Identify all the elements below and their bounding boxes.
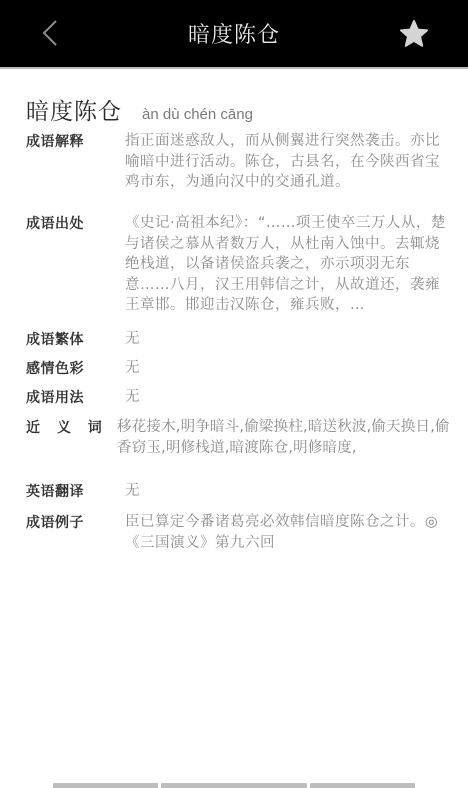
field-label: 成语例子 (26, 512, 84, 532)
field-label: 感情色彩 (26, 358, 84, 378)
bottom-tab-1[interactable] (53, 783, 158, 788)
field-value: 《史记·高祖本纪》：“……项王使卒三万人从，楚与诸侯之慕从者数万人，从杜南入蚀中… (125, 213, 450, 316)
top-nav-bar: 暗度陈仓 (0, 0, 468, 69)
star-icon (398, 19, 430, 49)
field-value: 臣已算定今番诸葛亮必效韩信暗度陈仓之计。◎《三国演义》第九六回 (125, 512, 450, 553)
bottom-tab-bar (0, 783, 468, 788)
field-label: 成语出处 (26, 213, 84, 233)
field-value: 移花接木,明争暗斗,偷梁换柱,暗送秋波,偷天换日,偷香窃玉,明修栈道,暗渡陈仓,… (117, 417, 452, 458)
field-label: 成语解释 (26, 131, 84, 151)
field-value: 无 (125, 387, 450, 408)
field-value: 无 (125, 481, 450, 502)
field-value: 指正面迷惑敌人，而从侧翼进行突然袭击。亦比喻暗中进行活动。陈仓，古县名，在今陕西… (125, 131, 450, 193)
bottom-tab-3[interactable] (310, 783, 415, 788)
field-label: 成语用法 (26, 387, 84, 407)
favorite-button[interactable] (398, 19, 430, 49)
field-value: 无 (125, 358, 450, 379)
idiom-word: 暗度陈仓 (26, 93, 122, 126)
idiom-detail-screen: 暗度陈仓 暗度陈仓 àn dù chén cāng 成语解释 指正面迷惑敌人，而… (0, 0, 468, 788)
field-label: 成语繁体 (26, 329, 84, 349)
field-value: 无 (125, 329, 450, 350)
bottom-tab-2[interactable] (161, 783, 307, 788)
field-label: 英语翻译 (26, 481, 84, 501)
field-label: 近 义 词 (26, 417, 108, 437)
idiom-heading: 暗度陈仓 àn dù chén cāng (26, 93, 253, 123)
idiom-pinyin: àn dù chén cāng (142, 106, 253, 123)
